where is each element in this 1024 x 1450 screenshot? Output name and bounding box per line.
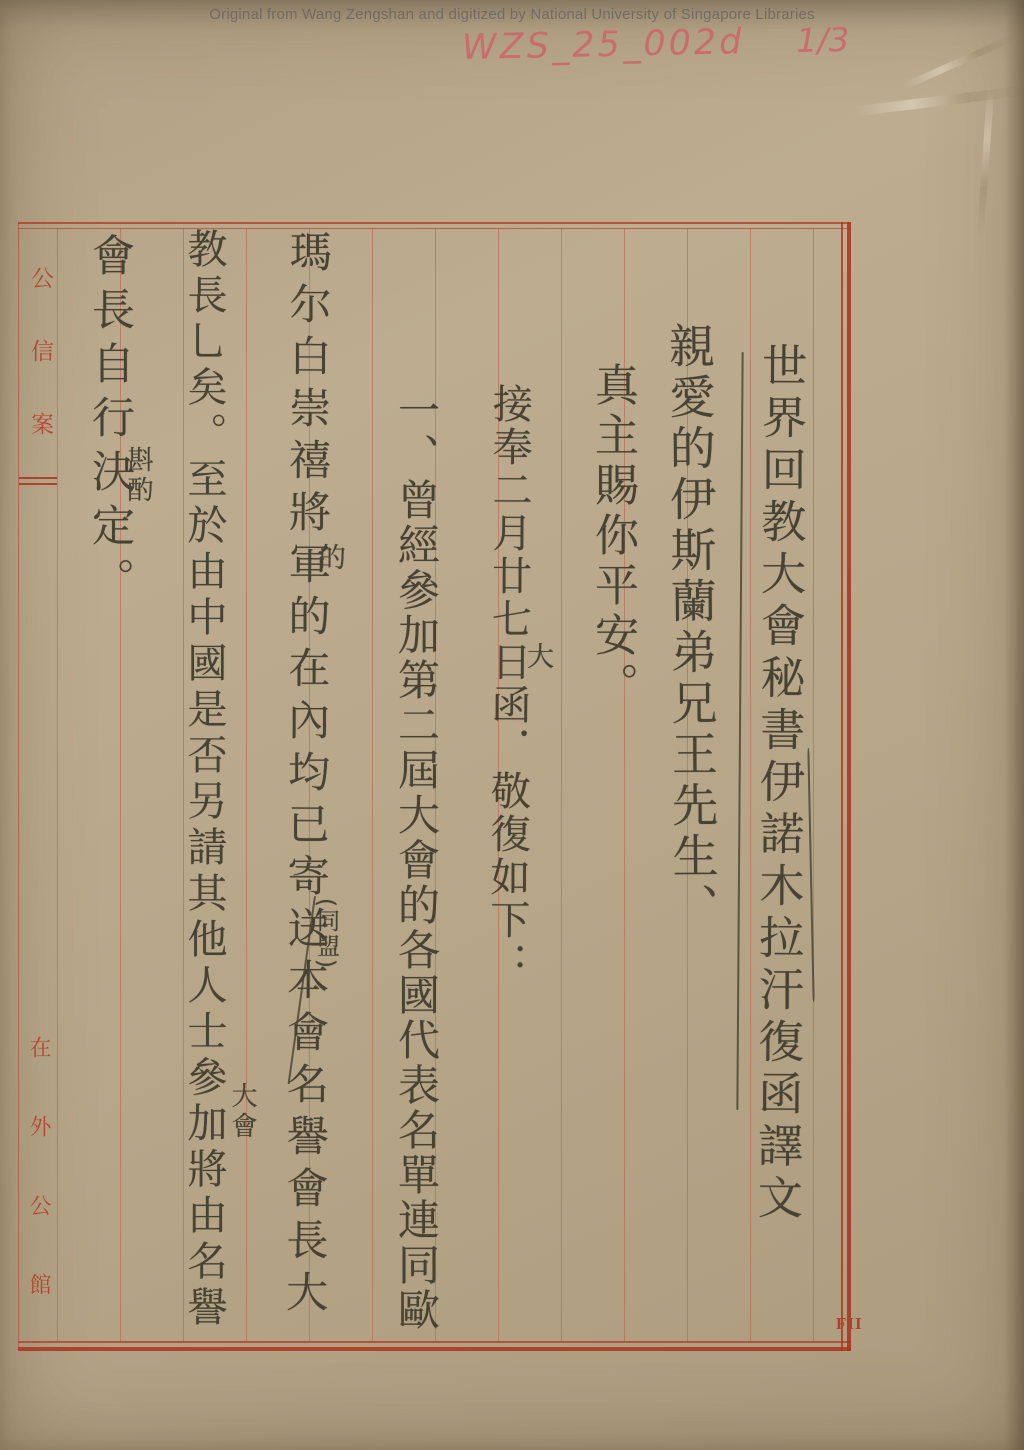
paper-crease: [977, 88, 994, 238]
ruled-line: [246, 228, 247, 1342]
margin-label-top: 公信案: [24, 266, 57, 485]
insertion-note: 大: [518, 642, 557, 669]
archival-code-annotation: WZS_25_002d 1/3: [462, 20, 850, 68]
letter-column-greeting: 真主賜你平安。: [580, 362, 644, 712]
paper-edge-shadow: [1004, 0, 1024, 1450]
scanned-letter-page: Original from Wang Zengshan and digitize…: [0, 0, 1024, 1450]
insertion-note: 的: [310, 543, 349, 570]
frame-bottom-line: [18, 1347, 851, 1351]
library-watermark: Original from Wang Zengshan and digitize…: [0, 6, 1024, 23]
letter-column-body-1: 一、曾經參加第二屆大會的各國代表名單連同歐: [386, 388, 446, 1333]
ruled-line: [57, 228, 58, 1342]
insertion-note: 大會: [224, 1082, 261, 1142]
paper-crease: [904, 34, 1016, 89]
letter-column-title: 世界回教大會秘書伊諾木拉汗復函譯文: [744, 342, 814, 1226]
plate-mark: FII: [836, 1314, 863, 1334]
margin-label-bottom: 在外公館: [24, 1036, 55, 1352]
archival-page-number: 1/3: [796, 20, 850, 61]
ruled-line: [561, 228, 562, 1342]
archival-code: WZS_25_002d: [462, 22, 745, 68]
proper-name-mark: [736, 352, 743, 1110]
letter-column-body-3: 教長乚矣。至於由中國是否另請其他人士參加將由名譽: [176, 228, 233, 1332]
letter-column-body-2: 瑪尔白崇禧將軍的在內均已寄送本會名譽會長大: [274, 230, 338, 1322]
insertion-note: (同盟): [310, 898, 343, 970]
paper-crease: [856, 86, 1024, 116]
letter-column-opening: 接奉二月廿七日函．敬復如下：: [478, 383, 538, 985]
frame-left-line: [18, 222, 19, 1351]
letter-column-body-4: 會長自行決定。: [80, 233, 141, 611]
frame-top-line: [18, 222, 851, 224]
frame-right-line: [841, 222, 843, 1351]
margin-divider-line: [19, 477, 57, 479]
frame-right-line: [847, 222, 851, 1351]
ruled-line: [372, 228, 373, 1342]
ruled-line: [813, 228, 814, 1342]
letter-column-salutation: 親愛的伊斯蘭弟兄王先生、: [656, 322, 726, 934]
insertion-note: 斟酌: [120, 446, 157, 506]
margin-divider-line: [19, 483, 57, 485]
